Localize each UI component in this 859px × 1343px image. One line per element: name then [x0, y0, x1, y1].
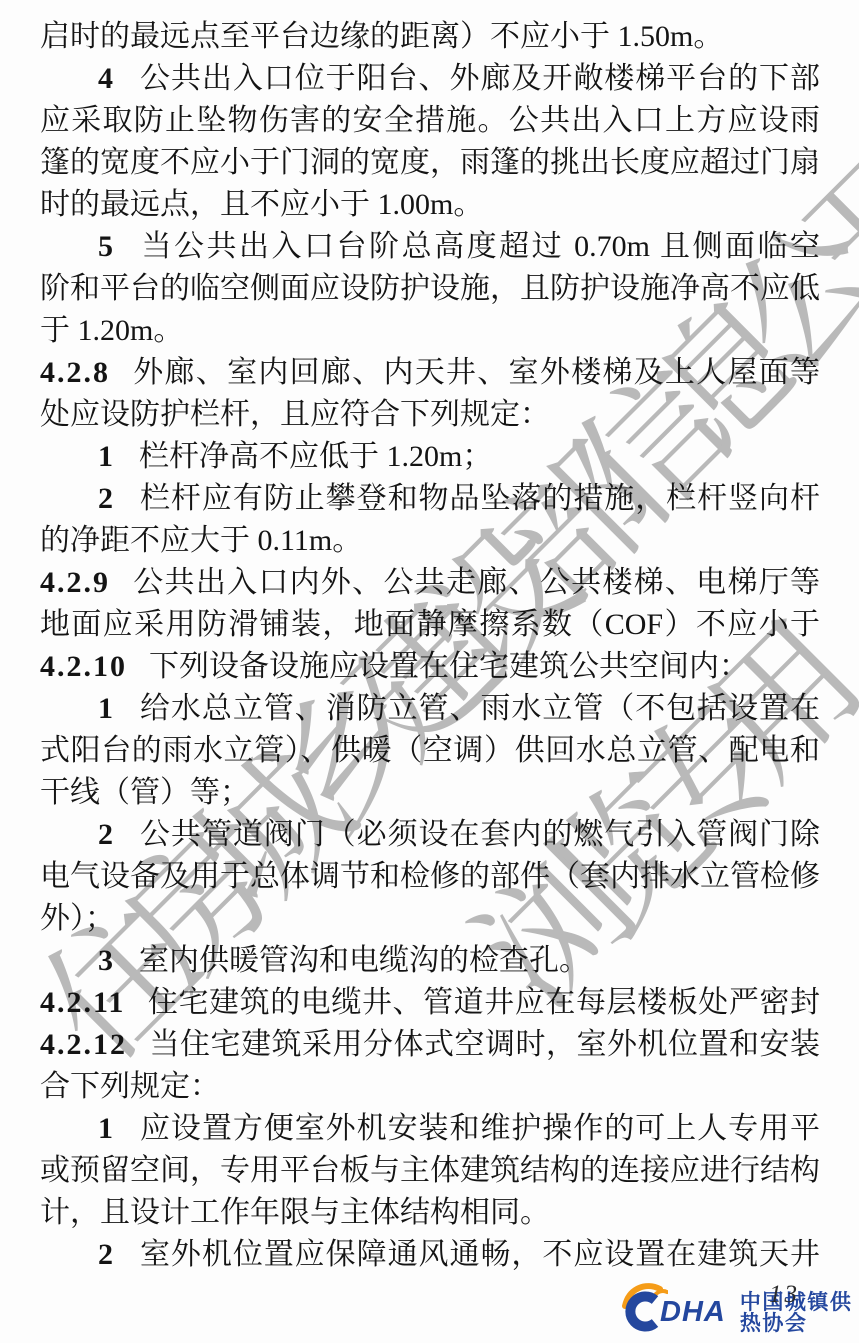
text-line: 于 1.20m。 — [40, 310, 820, 352]
line-text: 栏杆应有防止攀登和物品坠落的措施，栏杆竖向杆件间 — [98, 482, 820, 520]
line-text: 当住宅建筑采用分体式空调时，室外机位置和安装应符 — [40, 1028, 820, 1066]
clause-number: 4.2.12 — [40, 1028, 127, 1061]
line-text: 外廊、室内回廊、内天井、室外楼梯及上人屋面等临空 — [40, 356, 820, 394]
text-line: 合下列规定： — [40, 1066, 820, 1108]
dha-abbr: DHA — [660, 1298, 726, 1327]
line-text: 当公共出入口台阶总高度超过 0.70m 且侧面临空时，台 — [98, 230, 820, 268]
item-number: 2 — [98, 818, 113, 851]
line-text: 地面应采用防滑铺装，地面静摩擦系数（COF）不应小于 0.6。 — [40, 608, 820, 646]
line-text: 室外机位置应保障通风通畅，不应设置在建筑天井等通 — [98, 1238, 820, 1276]
item-number: 2 — [98, 1238, 113, 1271]
text-line: 或预留空间，专用平台板与主体建筑结构的连接应进行结构设 — [40, 1150, 820, 1192]
text-line: 4.2.10下列设备设施应设置在住宅建筑公共空间内： — [40, 646, 820, 688]
text-line: 1应设置方便室外机安装和维护操作的可上人专用平台板 — [40, 1108, 820, 1150]
text-line: 应采取防止坠物伤害的安全措施。公共出入口上方应设雨篷，雨 — [40, 100, 820, 142]
line-text: 或预留空间，专用平台板与主体建筑结构的连接应进行结构设 — [40, 1154, 820, 1192]
line-text: 应采取防止坠物伤害的安全措施。公共出入口上方应设雨篷，雨 — [40, 104, 820, 142]
text-line: 4.2.11住宅建筑的电缆井、管道井应在每层楼板处严密封堵。 — [40, 982, 820, 1024]
line-text: 处应设防护栏杆，且应符合下列规定： — [40, 398, 550, 431]
line-text: 计，且设计工作年限与主体结构相同。 — [40, 1196, 550, 1229]
item-number: 1 — [98, 440, 113, 473]
text-line: 2室外机位置应保障通风通畅，不应设置在建筑天井等通 — [40, 1234, 820, 1276]
text-line: 4公共出入口位于阳台、外廊及开敞楼梯平台的下部时， — [40, 58, 820, 100]
text-line: 2栏杆应有防止攀登和物品坠落的措施，栏杆竖向杆件间 — [40, 478, 820, 520]
text-line: 4.2.8外廊、室内回廊、内天井、室外楼梯及上人屋面等临空 — [40, 352, 820, 394]
document-page: 住房城乡建设部信息公开 浏览专用 启时的最远点至平台边缘的距离）不应小于 1.5… — [0, 0, 859, 1343]
text-line: 4.2.9公共出入口内外、公共走廊、公共楼梯、电梯厅等处的 — [40, 562, 820, 604]
line-text: 篷的宽度不应小于门洞的宽度，雨篷的挑出长度应超过门扇开启 — [40, 146, 820, 184]
text-line: 电气设备及用于总体调节和检修的部件（套内排水立管检修口除 — [40, 856, 820, 898]
clause-number: 4.2.11 — [40, 986, 125, 1019]
text-line: 处应设防护栏杆，且应符合下列规定： — [40, 394, 820, 436]
item-number: 4 — [98, 62, 113, 95]
text-line: 计，且设计工作年限与主体结构相同。 — [40, 1192, 820, 1234]
line-text: 公共管道阀门（必须设在套内的燃气引入管阀门除外）、 — [98, 818, 820, 856]
text-line: 地面应采用防滑铺装，地面静摩擦系数（COF）不应小于 0.6。 — [40, 604, 820, 646]
line-text: 于 1.20m。 — [40, 314, 183, 347]
line-text: 干线（管）等； — [40, 776, 250, 809]
page-number: 13 — [769, 1281, 800, 1309]
text-line: 干线（管）等； — [40, 772, 820, 814]
clause-number: 4.2.9 — [40, 566, 110, 599]
line-text: 时的最远点，且不应小于 1.00m。 — [40, 188, 483, 221]
text-line: 的净距不应大于 0.11m。 — [40, 520, 820, 562]
text-line: 1给水总立管、消防立管、雨水立管（不包括设置在开敞 — [40, 688, 820, 730]
text-line: 外）； — [40, 898, 820, 940]
line-text: 外）； — [40, 902, 115, 935]
text-line: 阶和平台的临空侧面应设防护设施，且防护设施净高不应低 — [40, 268, 820, 310]
text-line: 3室内供暖管沟和电缆沟的检查孔。 — [40, 940, 820, 982]
line-text: 阶和平台的临空侧面应设防护设施，且防护设施净高不应低 — [40, 272, 820, 305]
text-line: 时的最远点，且不应小于 1.00m。 — [40, 184, 820, 226]
clause-number: 4.2.8 — [40, 356, 110, 389]
text-line: 5当公共出入口台阶总高度超过 0.70m 且侧面临空时，台 — [40, 226, 820, 268]
item-number: 1 — [98, 1112, 113, 1145]
line-text: 公共出入口内外、公共走廊、公共楼梯、电梯厅等处的 — [40, 566, 820, 604]
text-line: 启时的最远点至平台边缘的距离）不应小于 1.50m。 — [40, 16, 820, 58]
text-line: 4.2.12当住宅建筑采用分体式空调时，室外机位置和安装应符 — [40, 1024, 820, 1066]
line-text: 应设置方便室外机安装和维护操作的可上人专用平台板 — [98, 1112, 820, 1150]
item-number: 3 — [98, 944, 113, 977]
line-text: 栏杆净高不应低于 1.20m； — [139, 440, 492, 473]
text-line: 式阳台的雨水立管）、供暖（空调）供回水总立管、配电和弱电 — [40, 730, 820, 772]
item-number: 1 — [98, 692, 113, 725]
line-text: 式阳台的雨水立管）、供暖（空调）供回水总立管、配电和弱电 — [40, 734, 820, 772]
line-text: 室内供暖管沟和电缆沟的检查孔。 — [139, 944, 589, 977]
item-number: 5 — [98, 230, 113, 263]
document-text: 启时的最远点至平台边缘的距离）不应小于 1.50m。 4公共出入口位于阳台、外廊… — [40, 16, 820, 1276]
line-text: 公共出入口位于阳台、外廊及开敞楼梯平台的下部时， — [98, 62, 820, 100]
text-line: 2公共管道阀门（必须设在套内的燃气引入管阀门除外）、 — [40, 814, 820, 856]
line-text: 给水总立管、消防立管、雨水立管（不包括设置在开敞 — [98, 692, 820, 730]
text-line: 1栏杆净高不应低于 1.20m； — [40, 436, 820, 478]
line-text: 合下列规定： — [40, 1070, 220, 1103]
line-text: 住宅建筑的电缆井、管道井应在每层楼板处严密封堵。 — [40, 986, 820, 1024]
line-text: 下列设备设施应设置在住宅建筑公共空间内： — [149, 650, 749, 683]
text-line: 篷的宽度不应小于门洞的宽度，雨篷的挑出长度应超过门扇开启 — [40, 142, 820, 184]
item-number: 2 — [98, 482, 113, 515]
clause-number: 4.2.10 — [40, 650, 127, 683]
org-logo: DHA 中国城镇供热协会 — [616, 1278, 859, 1334]
line-text: 启时的最远点至平台边缘的距离）不应小于 1.50m。 — [40, 20, 723, 53]
line-text: 的净距不应大于 0.11m。 — [40, 524, 362, 557]
line-text: 电气设备及用于总体调节和检修的部件（套内排水立管检修口除 — [40, 860, 820, 898]
